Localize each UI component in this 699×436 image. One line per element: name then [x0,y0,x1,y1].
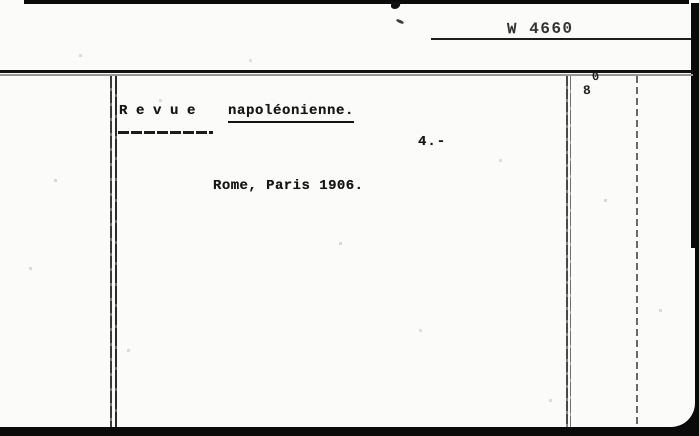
title-qualifier: napoléonienne. [228,103,354,123]
margin-mark-bottom: 8 [582,83,591,99]
right-column-rule-outer [566,76,568,427]
header-rule [0,70,693,73]
price: 4.- [418,134,446,150]
left-column-rule-inner [115,76,117,427]
scan-frame-right-upper [691,3,699,248]
scan-artifact-tick [396,19,405,25]
title-dash-line [118,131,213,134]
far-right-dashed-rule [636,76,638,427]
imprint: Rome, Paris 1906. [213,178,363,194]
call-number-underline [431,38,691,40]
title-word: Revue [119,103,204,119]
scan-frame-top [24,0,689,4]
scan-speckles [0,0,1,1]
call-number: W 4660 [507,20,574,39]
left-column-rule-outer [110,76,112,427]
catalog-card-scan: W 4660 Revue napoléonienne. 4.- Rome, Pa… [0,0,699,436]
scan-frame-bottom [0,427,699,436]
header-rule-shadow [0,74,693,76]
scan-artifact-blob [391,2,401,9]
right-column-rule-inner [570,76,571,427]
